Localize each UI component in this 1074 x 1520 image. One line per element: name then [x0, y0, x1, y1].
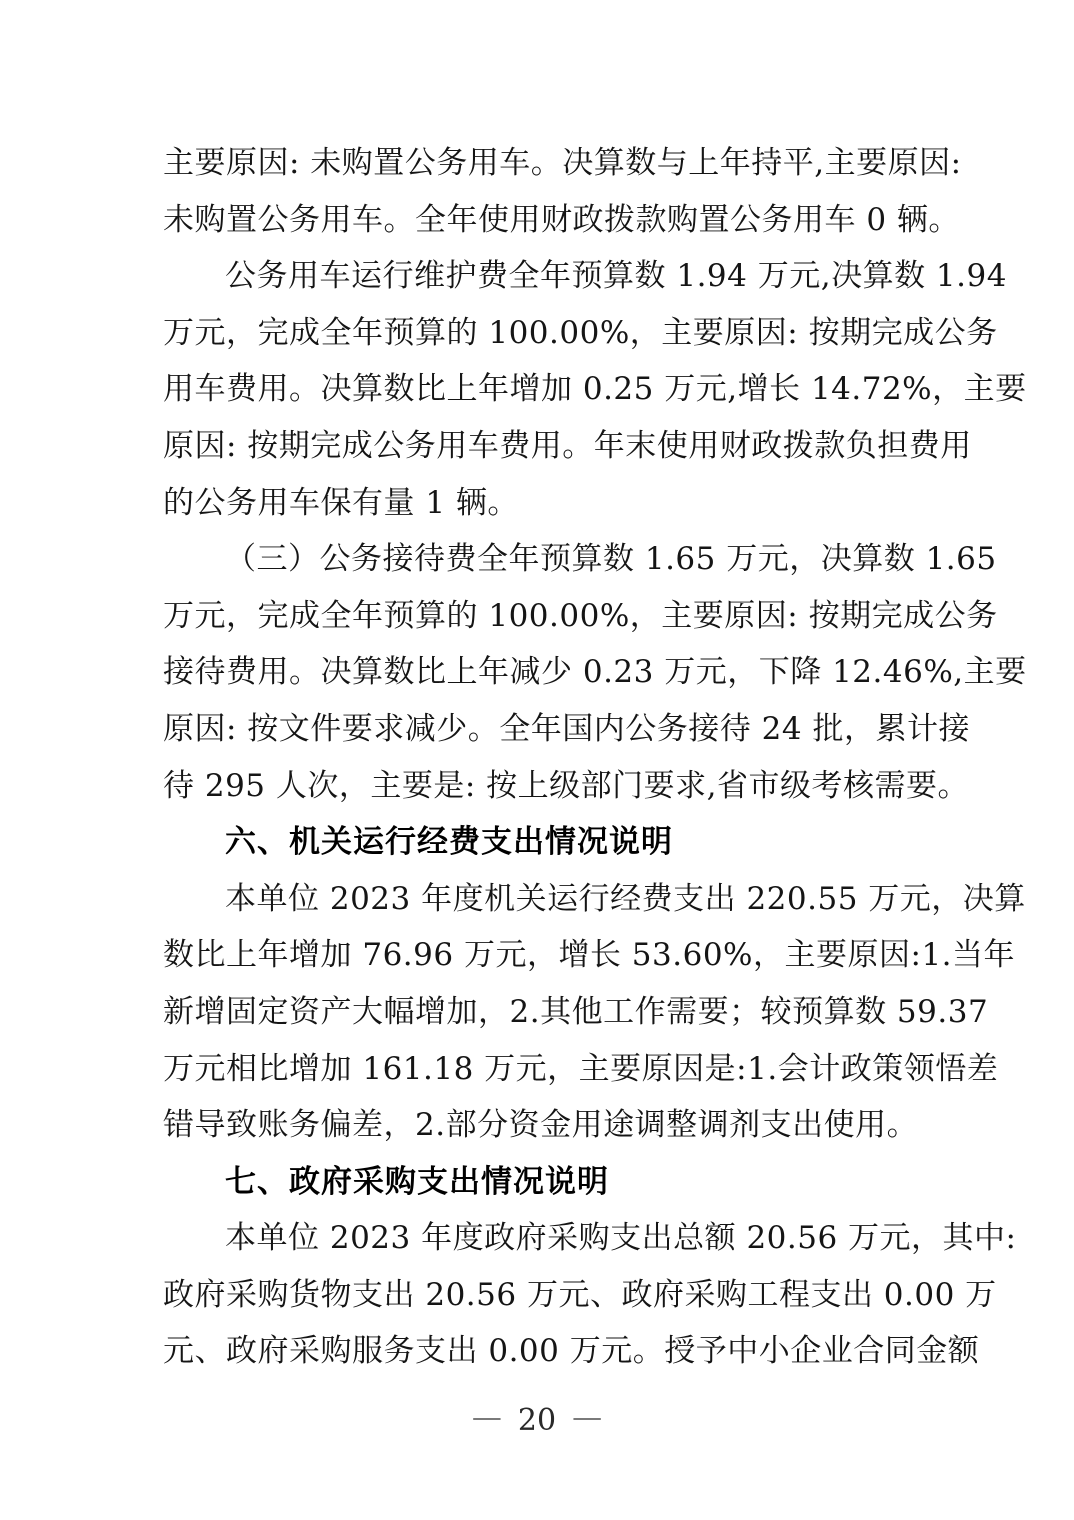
paragraph-line: 接待费用。决算数比上年减少 0.23 万元，下降 12.46%,主要 [163, 644, 906, 701]
section-heading-6: 六、机关运行经费支出情况说明 [163, 814, 906, 871]
paragraph-line: 的公务用车保有量 1 辆。 [163, 475, 906, 532]
paragraph-line: 万元相比增加 161.18 万元，主要原因是:1.会计政策领悟差 [163, 1041, 906, 1098]
document-page: 主要原因: 未购置公务用车。决算数与上年持平,主要原因: 未购置公务用车。全年使… [0, 0, 1074, 1520]
paragraph-line: 本单位 2023 年度机关运行经费支出 220.55 万元，决算 [163, 871, 906, 928]
paragraph-line: 数比上年增加 76.96 万元，增长 53.60%，主要原因:1.当年 [163, 927, 906, 984]
paragraph-line: 新增固定资产大幅增加，2.其他工作需要；较预算数 59.37 [163, 984, 906, 1041]
section-heading-7: 七、政府采购支出情况说明 [163, 1154, 906, 1211]
paragraph-line: 万元，完成全年预算的 100.00%，主要原因: 按期完成公务 [163, 588, 906, 645]
paragraph-line: 原因: 按期完成公务用车费用。年末使用财政拨款负担费用 [163, 418, 906, 475]
paragraph-line: 错导致账务偏差，2.部分资金用途调整调剂支出使用。 [163, 1097, 906, 1154]
paragraph-line: 政府采购货物支出 20.56 万元、政府采购工程支出 0.00 万 [163, 1267, 906, 1324]
paragraph-line: 公务用车运行维护费全年预算数 1.94 万元,决算数 1.94 [163, 248, 906, 305]
paragraph-line: 待 295 人次，主要是: 按上级部门要求,省市级考核需要。 [163, 758, 906, 815]
footer-dash-right: — [572, 1400, 602, 1435]
footer-dash-left: — [472, 1400, 502, 1435]
page-footer: —20— [0, 1400, 1074, 1442]
paragraph-line: 主要原因: 未购置公务用车。决算数与上年持平,主要原因: [163, 135, 906, 192]
text-block: 主要原因: 未购置公务用车。决算数与上年持平,主要原因: 未购置公务用车。全年使… [163, 135, 906, 1380]
paragraph-line: 元、政府采购服务支出 0.00 万元。授予中小企业合同金额 [163, 1323, 906, 1380]
page-number: 20 [518, 1403, 556, 1438]
paragraph-line: 原因: 按文件要求减少。全年国内公务接待 24 批，累计接 [163, 701, 906, 758]
paragraph-line: 本单位 2023 年度政府采购支出总额 20.56 万元，其中: [163, 1210, 906, 1267]
paragraph-line: 未购置公务用车。全年使用财政拨款购置公务用车 0 辆。 [163, 192, 906, 249]
paragraph-line: 万元，完成全年预算的 100.00%，主要原因: 按期完成公务 [163, 305, 906, 362]
paragraph-line: （三）公务接待费全年预算数 1.65 万元，决算数 1.65 [163, 531, 906, 588]
paragraph-line: 用车费用。决算数比上年增加 0.25 万元,增长 14.72%，主要 [163, 361, 906, 418]
